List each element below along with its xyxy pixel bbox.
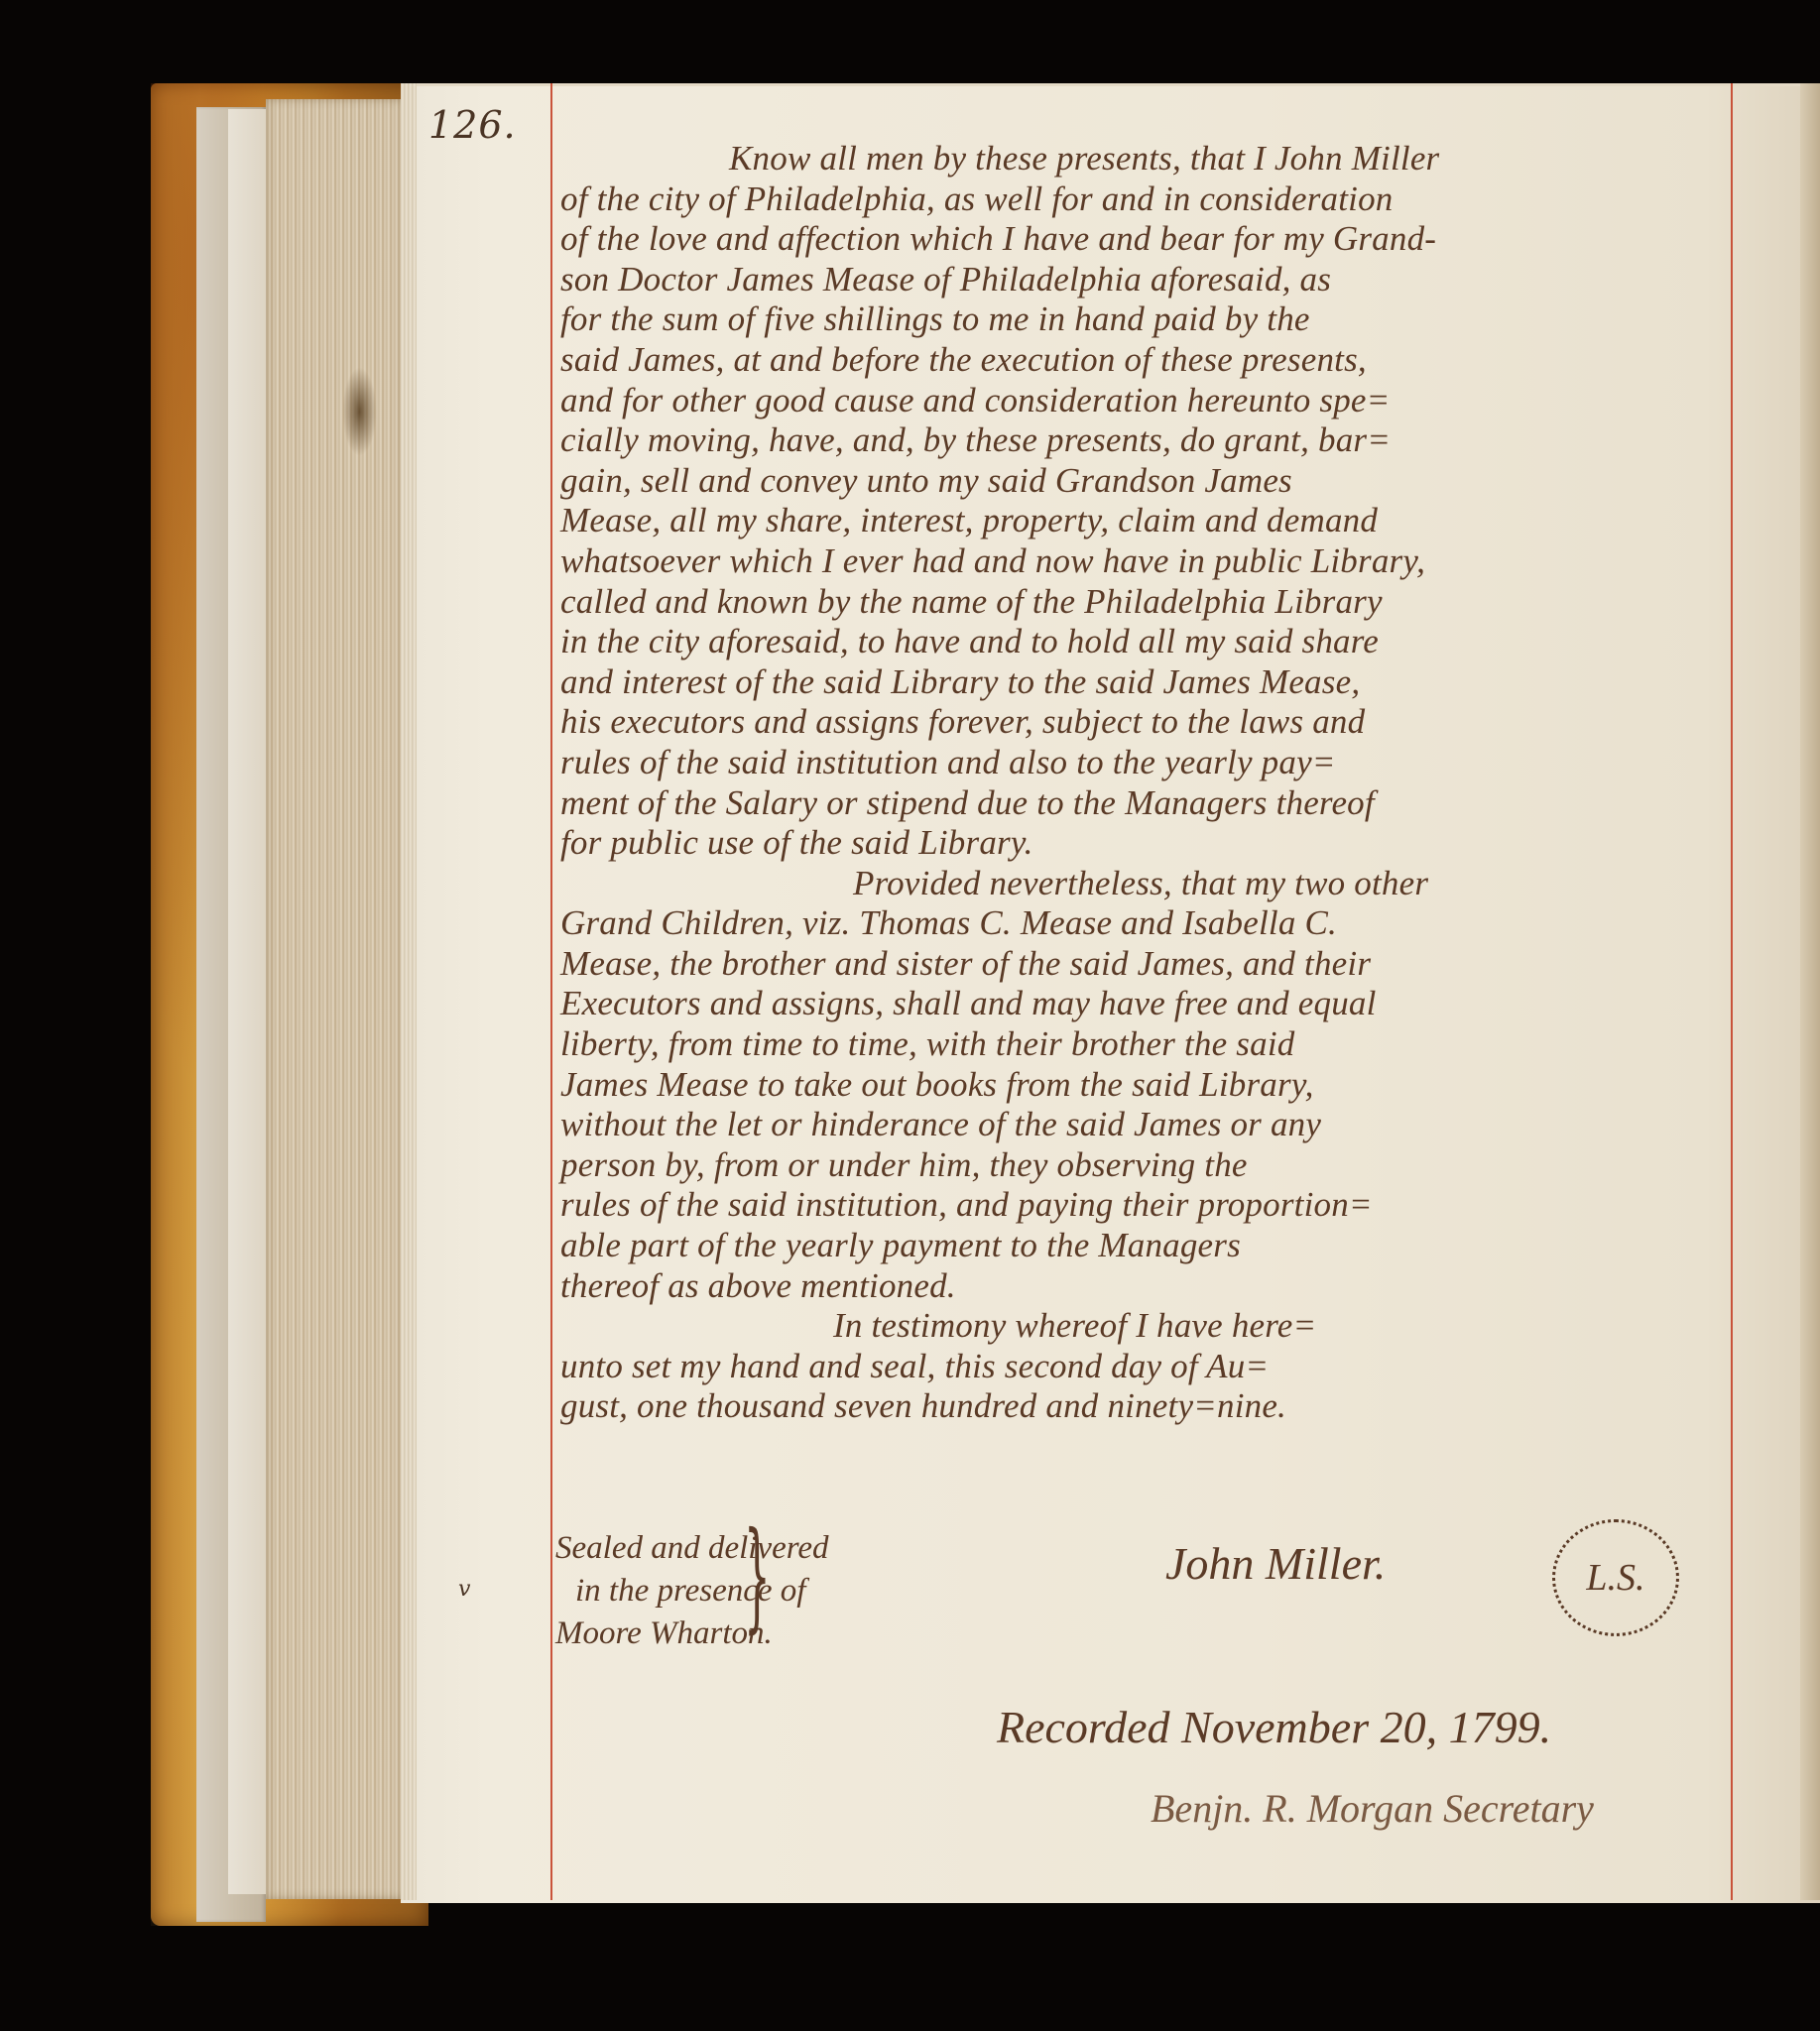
text-line: gust, one thousand seven hundred and nin… — [560, 1386, 1731, 1427]
text-line: of the city of Philadelphia, as well for… — [560, 179, 1731, 220]
text-line: person by, from or under him, they obser… — [560, 1145, 1731, 1186]
margin-check-mark: v — [458, 1577, 470, 1602]
grantor-signature: John Miller. — [1165, 1537, 1386, 1590]
text-line: without the let or hinderance of the sai… — [560, 1105, 1731, 1145]
text-line: James Mease to take out books from the s… — [560, 1065, 1731, 1106]
left-margin-rule — [550, 83, 552, 1900]
text-line: Know all men by these presents, that I J… — [560, 139, 1731, 179]
text-line: ment of the Salary or stipend due to the… — [560, 783, 1731, 824]
text-line: for the sum of five shillings to me in h… — [560, 299, 1731, 340]
text-line-testimony: In testimony whereof I have here= — [560, 1306, 1731, 1347]
page-edges-stack — [266, 99, 405, 1899]
text-line: his executors and assigns forever, subje… — [560, 702, 1731, 743]
text-line: whatsoever which I ever had and now have… — [560, 541, 1731, 582]
brace-icon: } — [744, 1517, 771, 1636]
text-line: son Doctor James Mease of Philadelphia a… — [560, 260, 1731, 300]
text-line: able part of the yearly payment to the M… — [560, 1226, 1731, 1266]
text-line: and interest of the said Library to the … — [560, 662, 1731, 703]
right-margin-rule — [1731, 83, 1733, 1900]
text-line: cially moving, have, and, by these prese… — [560, 420, 1731, 461]
witness-name: Moore Wharton. — [555, 1613, 829, 1655]
text-line: rules of the said institution and also t… — [560, 743, 1731, 783]
text-line: Grand Children, viz. Thomas C. Mease and… — [560, 903, 1731, 944]
text-line: Mease, all my share, interest, property,… — [560, 501, 1731, 541]
text-line: said James, at and before the execution … — [560, 340, 1731, 381]
recorded-date: Recorded November 20, 1799. — [997, 1701, 1551, 1753]
deed-body: Know all men by these presents, that I J… — [560, 139, 1731, 1427]
attestation-line: in the presence of — [555, 1570, 829, 1613]
seal-label: L.S. — [1586, 1556, 1644, 1600]
page-inner-edge — [401, 83, 417, 1900]
attestation-block: Sealed and delivered in the presence of … — [555, 1527, 829, 1655]
text-line: and for other good cause and considerati… — [560, 381, 1731, 421]
ink-stain — [342, 367, 377, 456]
page-curl-right — [1800, 83, 1820, 1900]
recorder-signature: Benjn. R. Morgan Secretary — [1151, 1785, 1594, 1832]
attestation-line: Sealed and delivered — [555, 1527, 829, 1570]
text-line: thereof as above mentioned. — [560, 1266, 1731, 1307]
text-line: called and known by the name of the Phil… — [560, 582, 1731, 623]
page-number: 126. — [428, 103, 517, 147]
text-line-provided: Provided nevertheless, that my two other — [560, 864, 1731, 904]
text-line: Executors and assigns, shall and may hav… — [560, 984, 1731, 1024]
text-line: rules of the said institution, and payin… — [560, 1185, 1731, 1226]
text-line: gain, sell and convey unto my said Grand… — [560, 461, 1731, 502]
text-line: Mease, the brother and sister of the sai… — [560, 944, 1731, 985]
seal-locus-sigilli: L.S. — [1552, 1519, 1679, 1636]
text-line: for public use of the said Library. — [560, 823, 1731, 864]
text-line: of the love and affection which I have a… — [560, 219, 1731, 260]
text-line: in the city aforesaid, to have and to ho… — [560, 622, 1731, 662]
text-line: liberty, from time to time, with their b… — [560, 1024, 1731, 1065]
text-line: unto set my hand and seal, this second d… — [560, 1347, 1731, 1387]
endpaper — [228, 109, 268, 1894]
